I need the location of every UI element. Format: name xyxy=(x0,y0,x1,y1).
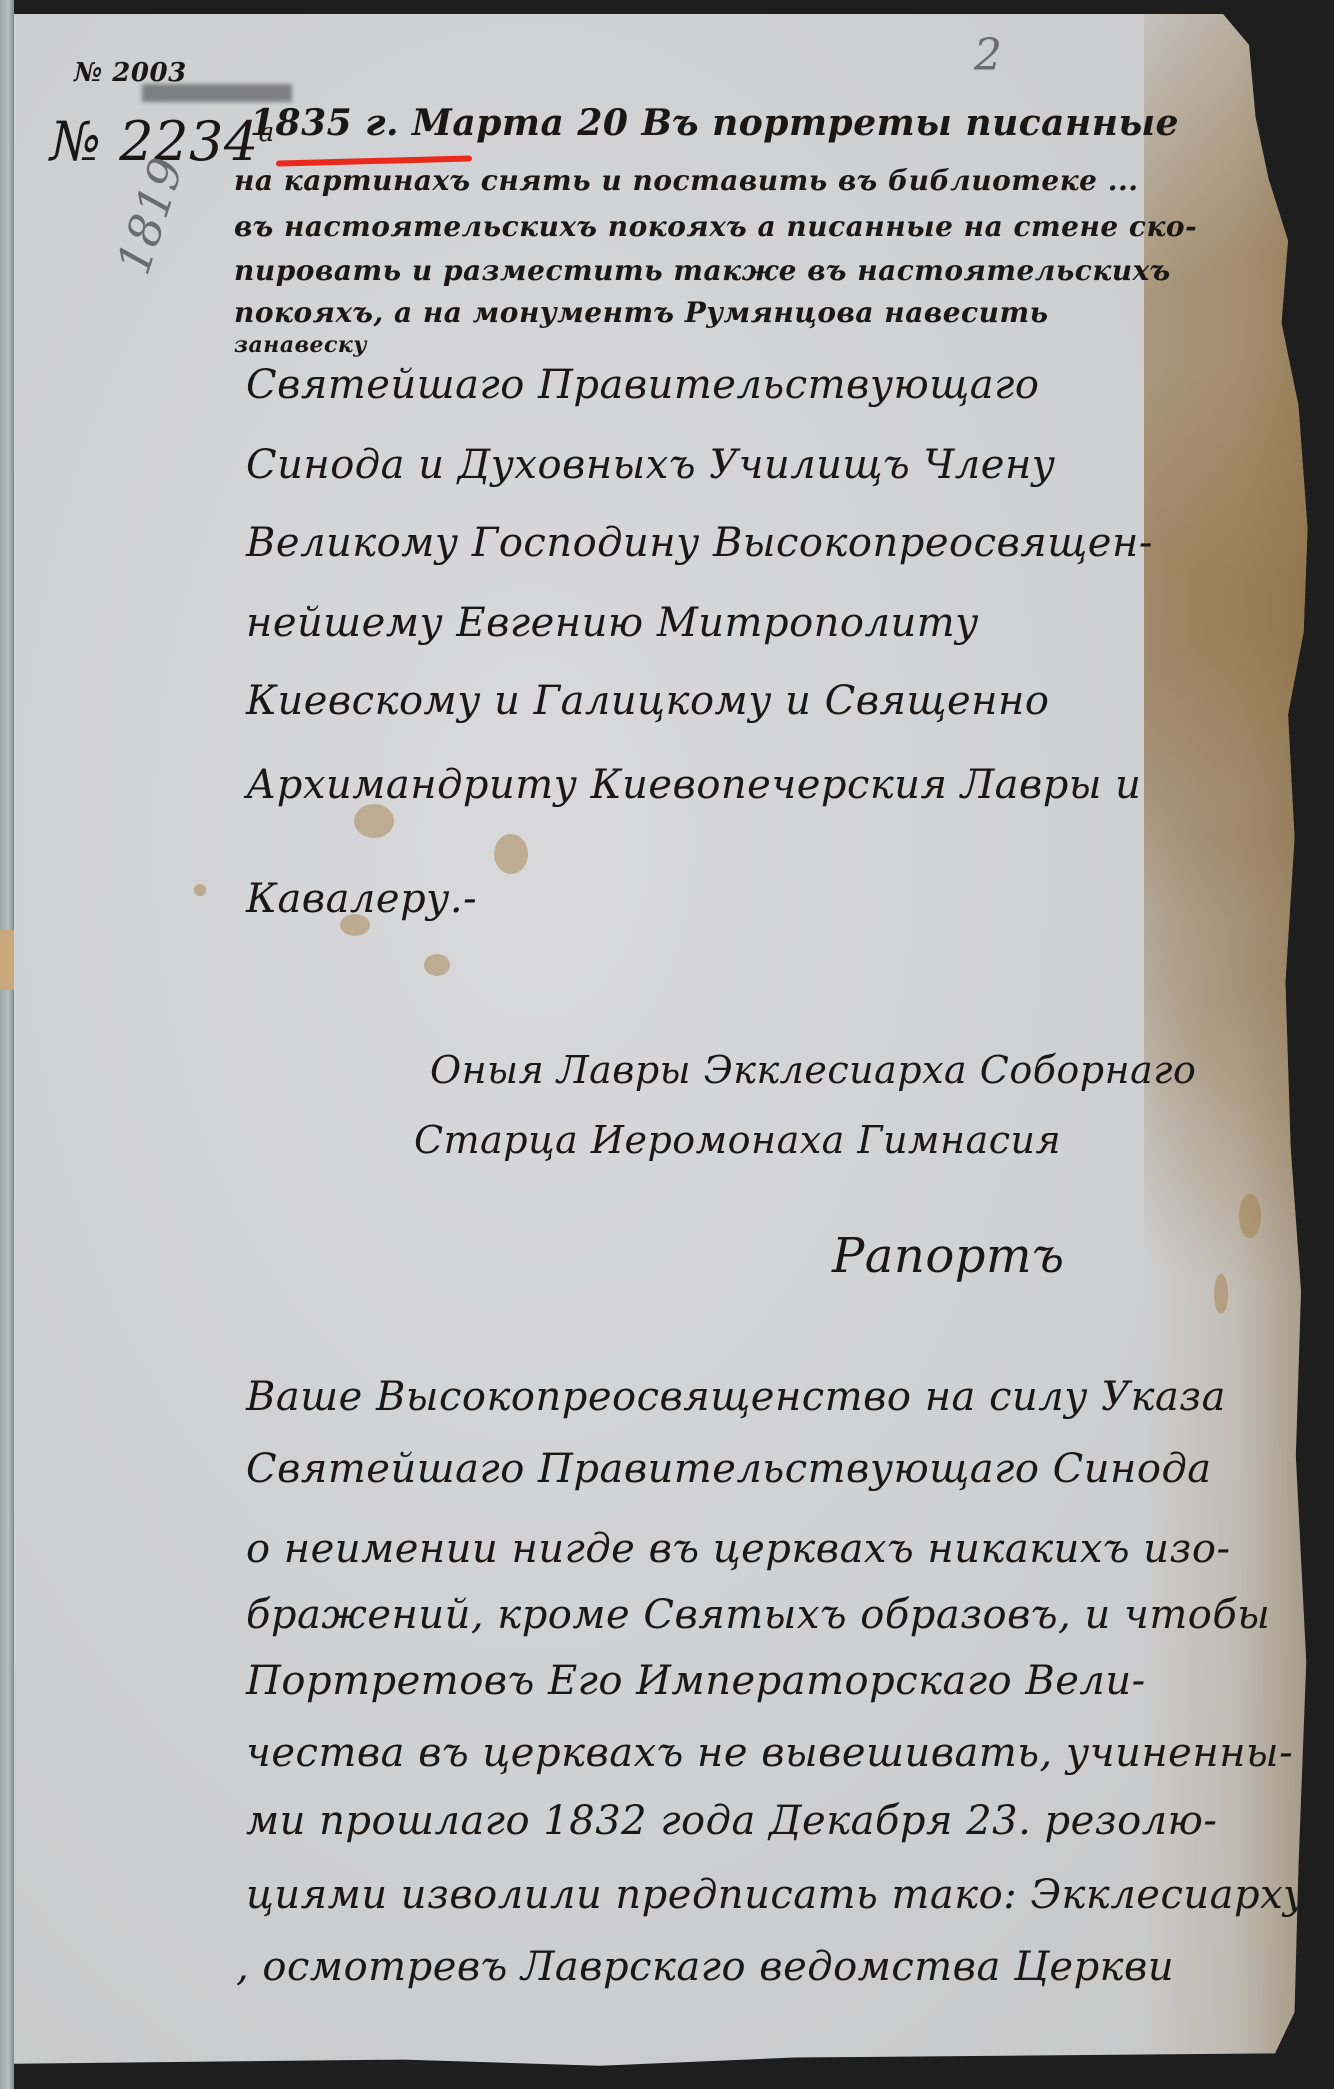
document-scan: № 2003 № 2234а 2 1819 1835 г. Марта 20 В… xyxy=(0,0,1334,2089)
binding-strip xyxy=(0,0,14,2089)
body-line: чества въ церквахъ не вывешивать, учинен… xyxy=(246,1730,1293,1776)
folio-number: 2 xyxy=(974,30,1003,81)
body-line: Ваше Высокопреосвященство на силу Указа xyxy=(246,1374,1226,1420)
address-line: Киевскому и Галицкому и Священно xyxy=(246,678,1049,724)
stain-blot xyxy=(494,834,528,874)
address-line: Кавалеру.- xyxy=(246,876,477,922)
resolution-line: покояхъ, а на монументъ Румянцова навеси… xyxy=(234,296,1049,329)
resolution-line: занавеску xyxy=(234,332,367,358)
address-line: Синода и Духовныхъ Училищъ Члену xyxy=(246,442,1056,488)
body-line: о неимении нигде въ церквахъ никакихъ из… xyxy=(246,1526,1230,1572)
old-number: № 2003 xyxy=(74,58,187,88)
address-line: нейшему Евгению Митрополиту xyxy=(246,600,979,646)
stain-blot xyxy=(424,954,450,976)
stain-blot xyxy=(1239,1194,1261,1238)
binding-tape xyxy=(0,930,14,990)
sender-line: Оныя Лавры Экклесиарха Соборнаго xyxy=(430,1048,1196,1092)
stain-blot xyxy=(1214,1274,1228,1314)
body-line: ми прошлаго 1832 года Декабря 23. резолю… xyxy=(246,1798,1217,1844)
body-line: бражений, кроме Святыхъ образовъ, и чтоб… xyxy=(246,1592,1270,1638)
address-line: Святейшаго Правительствующаго xyxy=(246,362,1039,408)
resolution-line: 1835 г. Марта 20 Въ портреты писанные xyxy=(250,102,1179,144)
resolution-line: въ настоятельскихъ покояхъ а писанные на… xyxy=(234,210,1197,243)
body-line: циями изволили предписать тако: Экклесиа… xyxy=(246,1872,1307,1918)
manuscript-page: № 2003 № 2234а 2 1819 1835 г. Марта 20 В… xyxy=(14,14,1314,2074)
body-line: Святейшаго Правительствующаго Синода xyxy=(246,1446,1212,1492)
stain-blot xyxy=(194,884,206,896)
sender-line: Старца Иеромонаха Гимнасия xyxy=(414,1118,1061,1162)
address-line: Архимандриту Киевопечерския Лавры и xyxy=(246,762,1141,808)
body-line: Портретовъ Его Императорскаго Вели- xyxy=(246,1658,1146,1704)
address-line: Великому Господину Высокопреосвящен- xyxy=(246,520,1153,566)
body-line: , осмотревъ Лаврскаго ведомства Церкви xyxy=(236,1944,1174,1990)
stain-blot xyxy=(354,804,394,838)
resolution-line: пировать и разместить также въ настоятел… xyxy=(234,254,1171,287)
resolution-line: на картинахъ снять и поставить въ библио… xyxy=(234,164,1138,197)
document-title: Рапортъ xyxy=(832,1228,1064,1284)
